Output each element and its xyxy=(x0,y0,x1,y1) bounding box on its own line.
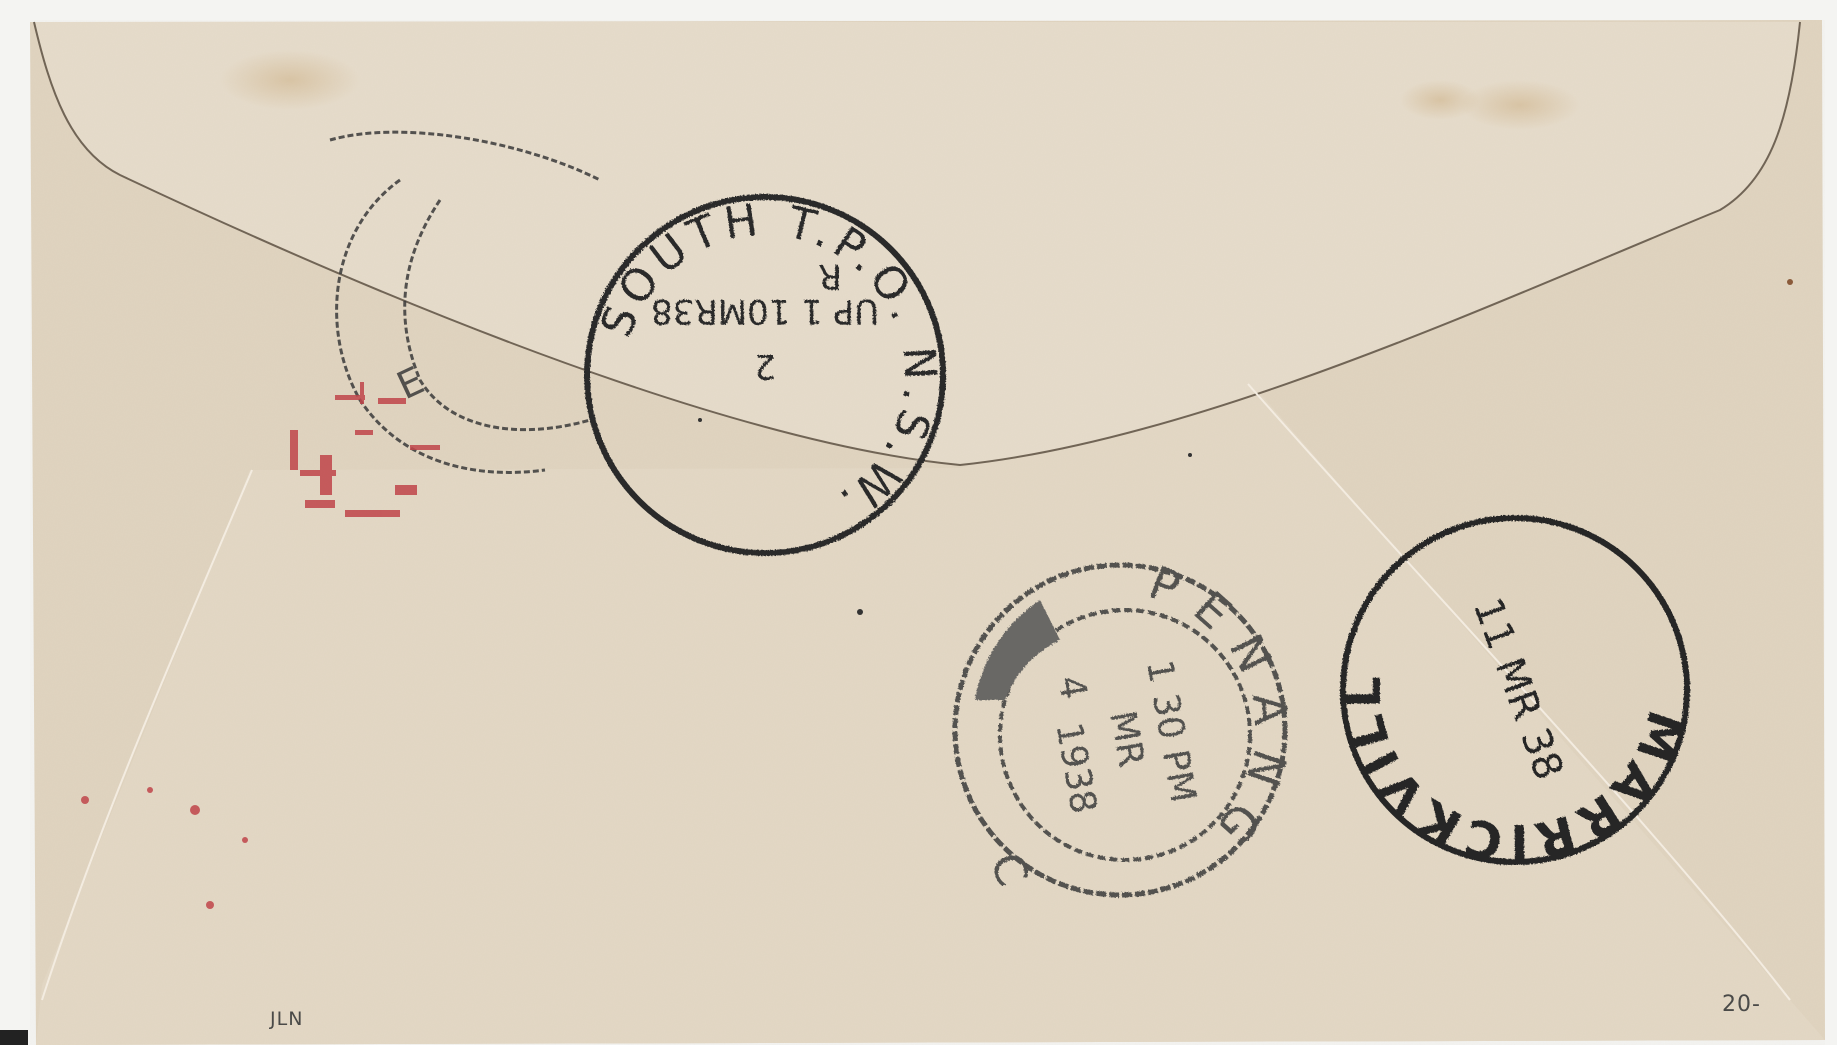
tpo-date-line: UP 1 10MR38 xyxy=(651,291,879,331)
pencil-note-price: 20- xyxy=(1722,992,1761,1017)
tpo-center-line-1: 2 xyxy=(754,346,776,386)
tpo-center-line-3: R xyxy=(818,256,842,296)
envelope-scan: E SOUTH T.P.O. N.S.W. 2 UP 1 10MR38 R xyxy=(0,0,1837,1045)
envelope-body xyxy=(0,20,1825,1045)
pencil-note-initials: JLN xyxy=(270,1008,303,1030)
